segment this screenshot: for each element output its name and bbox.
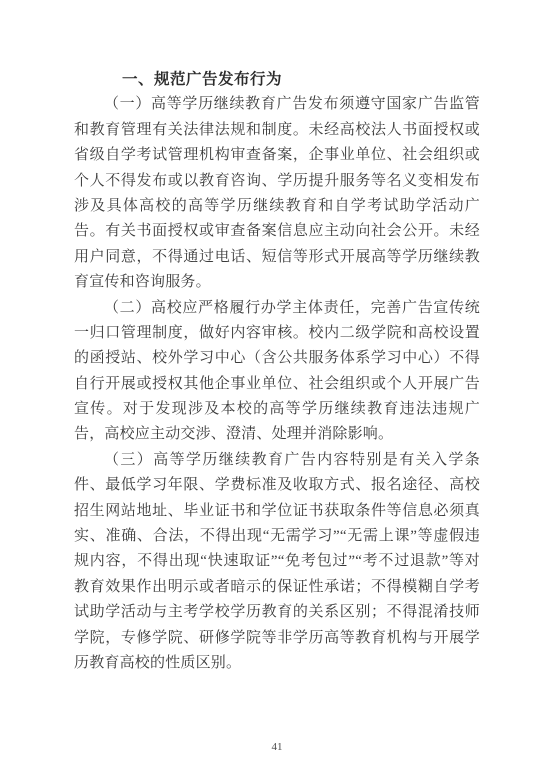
text-line: 和教育管理有关法律法规和制度。未经高校法人书面授权或 [74,118,480,143]
text-line: 自行开展或授权其他企事业单位、社会组织或个人开展广告 [74,372,480,397]
text-line: 宣传。对于发现涉及本校的高等学历继续教育违法违规广 [74,397,480,422]
text-line: （一）高等学历继续教育广告发布须遵守国家广告监管 [74,92,480,117]
text-line: 告。有关书面授权或审查备案信息应主动向社会公开。未经 [74,219,480,244]
text-line: 试助学活动与主考学校学历教育的关系区别；不得混淆技师 [74,600,480,625]
section-heading: 一、规范广告发布行为 [74,67,480,92]
document-content: 一、规范广告发布行为 （一）高等学历继续教育广告发布须遵守国家广告监管和教育管理… [74,67,480,676]
text-line: 告，高校应主动交涉、澄清、处理并消除影响。 [74,422,480,447]
paragraph: （一）高等学历继续教育广告发布须遵守国家广告监管和教育管理有关法律法规和制度。未… [74,92,480,295]
text-line: 件、最低学习年限、学费标准及收取方式、报名途径、高校 [74,473,480,498]
text-line: 育宣传和咨询服务。 [74,270,480,295]
document-body: （一）高等学历继续教育广告发布须遵守国家广告监管和教育管理有关法律法规和制度。未… [74,92,480,676]
text-line: 涉及具体高校的高等学历继续教育和自学考试助学活动广 [74,194,480,219]
document-page: 一、规范广告发布行为 （一）高等学历继续教育广告发布须遵守国家广告监管和教育管理… [0,0,554,783]
text-line: 个人不得发布或以教育咨询、学历提升服务等名义变相发布 [74,169,480,194]
text-line: 一归口管理制度，做好内容审核。校内二级学院和高校设置 [74,321,480,346]
text-line: 实、准确、合法，不得出现“无需学习”“无需上课”等虚假违 [74,524,480,549]
text-line: 规内容，不得出现“快速取证”“免考包过”“考不过退款”等对 [74,549,480,574]
text-line: 的函授站、校外学习中心（含公共服务体系学习中心）不得 [74,346,480,371]
page-number: 41 [0,741,554,753]
paragraph: （二）高校应严格履行办学主体责任，完善广告宣传统一归口管理制度，做好内容审核。校… [74,296,480,448]
text-line: 用户同意，不得通过电话、短信等形式开展高等学历继续教 [74,245,480,270]
text-line: （三）高等学历继续教育广告内容特别是有关入学条 [74,448,480,473]
text-line: 教育效果作出明示或者暗示的保证性承诺；不得模糊自学考 [74,575,480,600]
paragraph: （三）高等学历继续教育广告内容特别是有关入学条件、最低学习年限、学费标准及收取方… [74,448,480,677]
text-line: 省级自学考试管理机构审查备案，企事业单位、社会组织或 [74,143,480,168]
text-line: 学院，专修学院、研修学院等非学历高等教育机构与开展学 [74,626,480,651]
text-line: （二）高校应严格履行办学主体责任，完善广告宣传统 [74,296,480,321]
text-line: 历教育高校的性质区别。 [74,651,480,676]
text-line: 招生网站地址、毕业证书和学位证书获取条件等信息必须真 [74,499,480,524]
